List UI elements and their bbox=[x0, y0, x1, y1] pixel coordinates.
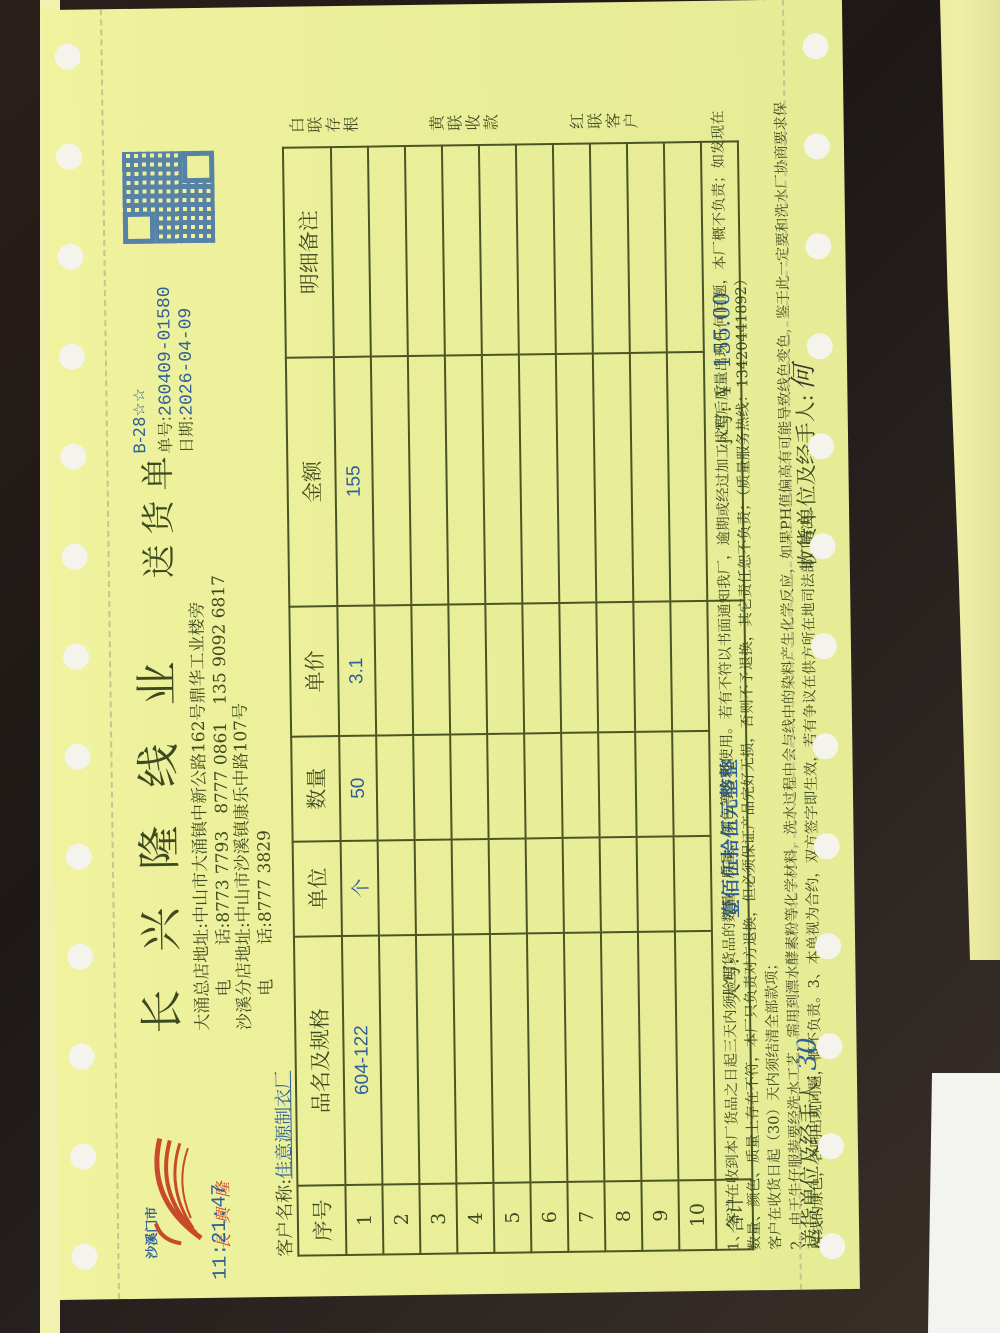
qr-code-icon bbox=[122, 151, 215, 244]
delivery-receipt: 沙溪门市 長興隆 11:21:47 长兴隆线业 送货单 大涌总店地址:中山市大涌… bbox=[42, 0, 860, 1300]
print-time: 11:21:47 bbox=[208, 1184, 232, 1280]
copy-label-red: 红联客户 bbox=[568, 110, 640, 133]
header-unit: 单位 bbox=[293, 841, 342, 936]
order-date: 日期:2026-04-09 bbox=[172, 308, 198, 454]
customer-name: 客户名称:佳意源制衣厂 bbox=[269, 1071, 298, 1257]
header-product: 品名及规格 bbox=[294, 936, 345, 1186]
copy-label-white: 白联存根 bbox=[288, 114, 360, 137]
header-amount: 金额 bbox=[286, 357, 337, 607]
header-serial: 序号 bbox=[297, 1185, 346, 1256]
document-type: 送货单 bbox=[130, 446, 181, 579]
company-logo: 沙溪门市 長興隆 bbox=[139, 1117, 251, 1259]
header-quantity: 数量 bbox=[291, 736, 340, 841]
phoenix-logo-icon bbox=[139, 1118, 211, 1259]
copy-label-yellow: 黄联收款 bbox=[428, 112, 500, 135]
company-name: 长兴隆线业 bbox=[121, 623, 191, 1034]
form-code: B-28☆☆ bbox=[129, 388, 149, 454]
background-receipt-stack bbox=[925, 0, 1000, 960]
header-remarks: 明细备注 bbox=[283, 147, 334, 357]
header-unit-price: 单价 bbox=[289, 606, 339, 736]
branch-store-phone: 电 话:8777 3829 bbox=[249, 830, 277, 1042]
items-table: 序号 品名及规格 单位 数量 单价 金额 明细备注 1604-122个503.1… bbox=[282, 140, 754, 1256]
background-paper bbox=[920, 1073, 1000, 1333]
tractor-holes-top bbox=[48, 9, 106, 1299]
